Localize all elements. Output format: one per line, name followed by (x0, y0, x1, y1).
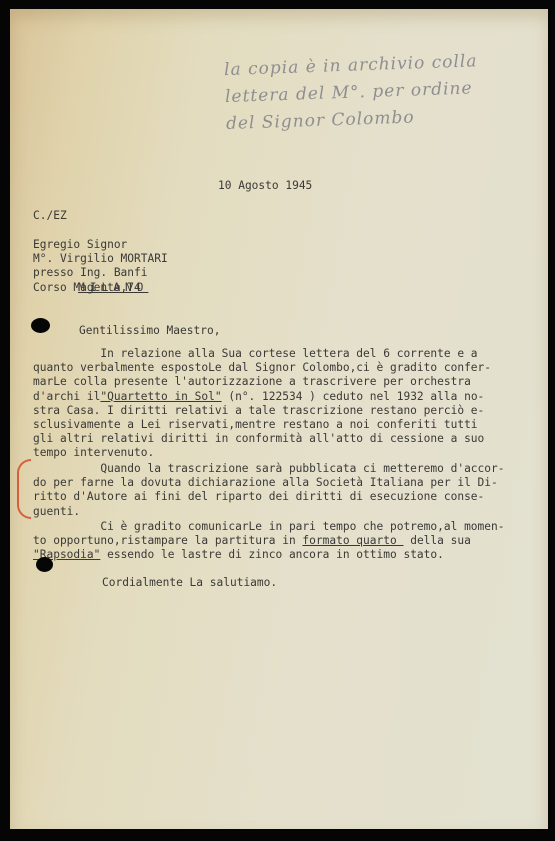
recipient-city: MILANO (78, 281, 148, 295)
text-span: (n°. 122534 ) ceduto nel 1932 alla no- (222, 390, 485, 403)
text-line: Ci è gradito comunicarLe in pari tempo c… (33, 520, 504, 534)
punch-hole (36, 557, 53, 572)
address-line: presso Ing. Banfi (33, 266, 168, 280)
address-line: Egregio Signor (33, 238, 168, 252)
text-line: marLe colla presente l'autorizzazione a … (33, 375, 491, 389)
text-line: stra Casa. I diritti relativi a tale tra… (33, 404, 491, 418)
paragraph-3: Ci è gradito comunicarLe in pari tempo c… (33, 520, 504, 563)
text-line: do per farne la dovuta dichiarazione all… (33, 476, 504, 490)
text-line: ritto d'Autore ai fini del riparto dei d… (33, 490, 504, 504)
text-line: tempo intervenuto. (33, 446, 491, 460)
text-span: essendo le lastre di zinco ancora in ott… (100, 548, 444, 561)
paragraph-1: In relazione alla Sua cortese lettera de… (33, 347, 491, 461)
text-line: "Rapsodia" essendo le lastre di zinco an… (33, 548, 504, 562)
text-line: Quando la trascrizione sarà pubblicata c… (33, 462, 504, 476)
punch-hole (31, 318, 50, 333)
text-line: sclusivamente a Lei riservati,mentre res… (33, 418, 491, 432)
salutation: Gentilissimo Maestro, (79, 324, 220, 338)
handwritten-note: la copia è in archivio colla lettera del… (224, 47, 517, 138)
text-line: d'archi il"Quartetto in Sol" (n°. 122534… (33, 390, 491, 404)
text-line: to opportuno,ristampare la partitura in … (33, 534, 504, 548)
text-span: della sua (403, 534, 470, 547)
text-span: d'archi il (33, 390, 100, 403)
reference-code: C./EZ (33, 209, 67, 223)
address-line: M°. Virgilio MORTARI (33, 252, 168, 266)
letter-date: 10 Agosto 1945 (218, 179, 312, 193)
red-bracket-mark (17, 459, 31, 519)
work-title: "Quartetto in Sol" (100, 390, 221, 403)
text-line: guenti. (33, 505, 504, 519)
text-span: to opportuno,ristampare la partitura in (33, 534, 302, 547)
text-line: gli altri relativi diritti in conformità… (33, 432, 491, 446)
format-underlined: formato quarto (302, 534, 403, 547)
text-line: In relazione alla Sua cortese lettera de… (33, 347, 491, 361)
paragraph-2: Quando la trascrizione sarà pubblicata c… (33, 462, 504, 519)
closing: Cordialmente La salutiamo. (102, 576, 277, 590)
text-line: quanto verbalmente espostoLe dal Signor … (33, 361, 491, 375)
